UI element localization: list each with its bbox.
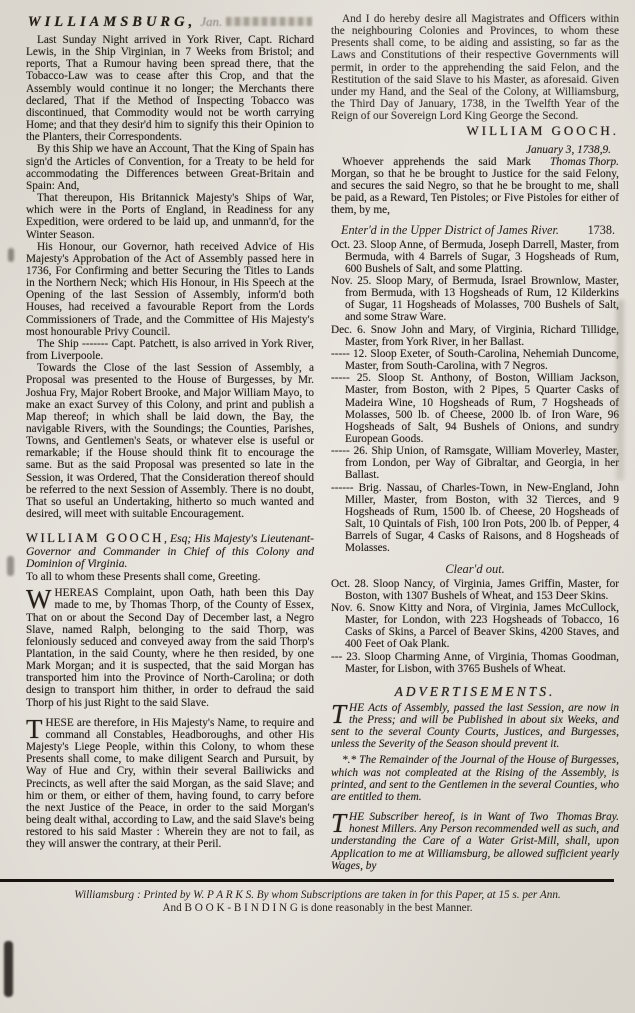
masthead-date-smudge <box>226 17 312 26</box>
entered-heading-text: Enter'd in the Upper District of James R… <box>341 223 559 238</box>
footer-rule <box>0 879 614 882</box>
ship-entry: Nov. 25. Sloop Mary, of Bermuda, Israel … <box>331 275 619 324</box>
governor-signature: WILLIAM GOOCH. <box>331 125 619 137</box>
ship-entry: ----- 26. Ship Union, of Ramsgate, Willi… <box>331 445 619 481</box>
news-paragraph: By this Ship we have an Account, That th… <box>26 143 314 192</box>
news-paragraph: His Honour, our Governor, hath received … <box>26 241 314 338</box>
reward-dateline: January 3, 1738,9. <box>331 144 619 156</box>
ship-entry: ----- 12. Sloop Exeter, of South-Carolin… <box>331 348 619 372</box>
advertisement-text: HE Acts of Assembly, passed the last Ses… <box>331 702 619 750</box>
dropcap-initial: T <box>331 702 349 725</box>
masthead-date: Jan. <box>200 14 222 29</box>
whereas-text: HEREAS Complaint, upon Oath, hath been t… <box>26 587 314 708</box>
advertisements-heading: ADVERTISEMENTS. <box>331 684 619 700</box>
cleared-section-heading: Clear'd out. <box>331 562 619 577</box>
news-paragraph: The Ship ------- Capt. Patchett, is also… <box>26 338 314 362</box>
proclamation-heading: WILLIAM GOOCH, Esq; His Majesty's Lieute… <box>26 532 314 571</box>
ship-entry: Oct. 23. Sloop Anne, of Bermuda, Joseph … <box>331 239 619 275</box>
advertisement: TThomas Bray.HE Subscriber hereof, is in… <box>331 811 619 872</box>
ship-entry: --- 23. Sloop Charming Anne, of Virginia… <box>331 651 619 675</box>
newspaper-page: WILLIAMSBURG, Jan. Last Sunday Night arr… <box>0 0 635 1013</box>
these-paragraph: THESE are therefore, in His Majesty's Na… <box>26 717 314 851</box>
entered-year: 1738. <box>588 223 615 238</box>
reward-signature: Thomas Thorp. <box>531 156 619 168</box>
masthead-city: WILLIAMSBURG, <box>28 14 196 30</box>
news-paragraph: Last Sunday Night arrived in York River,… <box>26 34 314 143</box>
ship-entry: Dec. 6. Snow John and Mary, of Virginia,… <box>331 324 619 348</box>
printer-imprint: Williamsburg : Printed by W. P A R K S. … <box>0 889 635 916</box>
ship-entry: ------ Brig. Nassau, of Charles-Town, in… <box>331 482 619 555</box>
ship-entry: Oct. 28. Sloop Nancy, of Virginia, James… <box>331 578 619 602</box>
greeting-line: To all to whom these Presents shall come… <box>26 571 314 583</box>
whereas-paragraph: WHEREAS Complaint, upon Oath, hath been … <box>26 587 314 709</box>
dropcap-initial: T <box>331 811 349 834</box>
ink-smudge <box>4 941 13 997</box>
imprint-line-2: And B O O K - B I N D I N G is done reas… <box>12 902 623 916</box>
ship-entry: Nov. 6. Snow Kitty and Nora, of Virginia… <box>331 602 619 651</box>
news-paragraph: That thereupon, His Britannick Majesty's… <box>26 192 314 241</box>
news-paragraph: Towards the Close of the last Session of… <box>26 362 314 520</box>
advertisement: THE Acts of Assembly, passed the last Se… <box>331 702 619 751</box>
proclamation-continuation: And I do hereby desire all Magistrates a… <box>331 13 619 122</box>
dropcap-initial: W <box>26 587 54 610</box>
page-columns: WILLIAMSBURG, Jan. Last Sunday Night arr… <box>0 0 635 872</box>
advertisement: *.* The Remainder of the Journal of the … <box>331 754 619 803</box>
left-column: WILLIAMSBURG, Jan. Last Sunday Night arr… <box>26 13 314 872</box>
these-text: HESE are therefore, in His Majesty's Nam… <box>26 717 314 851</box>
ship-entry: ----- 25. Sloop St. Anthony, of Boston, … <box>331 372 619 445</box>
masthead: WILLIAMSBURG, Jan. <box>26 13 314 31</box>
entered-section-heading: Enter'd in the Upper District of James R… <box>331 223 619 238</box>
reward-paragraph: Thomas Thorp.Whoever apprehends the said… <box>331 156 619 217</box>
dropcap-initial: T <box>26 717 46 740</box>
advertiser-signature: Thomas Bray. <box>548 811 619 823</box>
right-column: And I do hereby desire all Magistrates a… <box>331 13 619 872</box>
imprint-line-1: Williamsburg : Printed by W. P A R K S. … <box>12 889 623 903</box>
governor-name: WILLIAM GOOCH <box>26 531 164 545</box>
